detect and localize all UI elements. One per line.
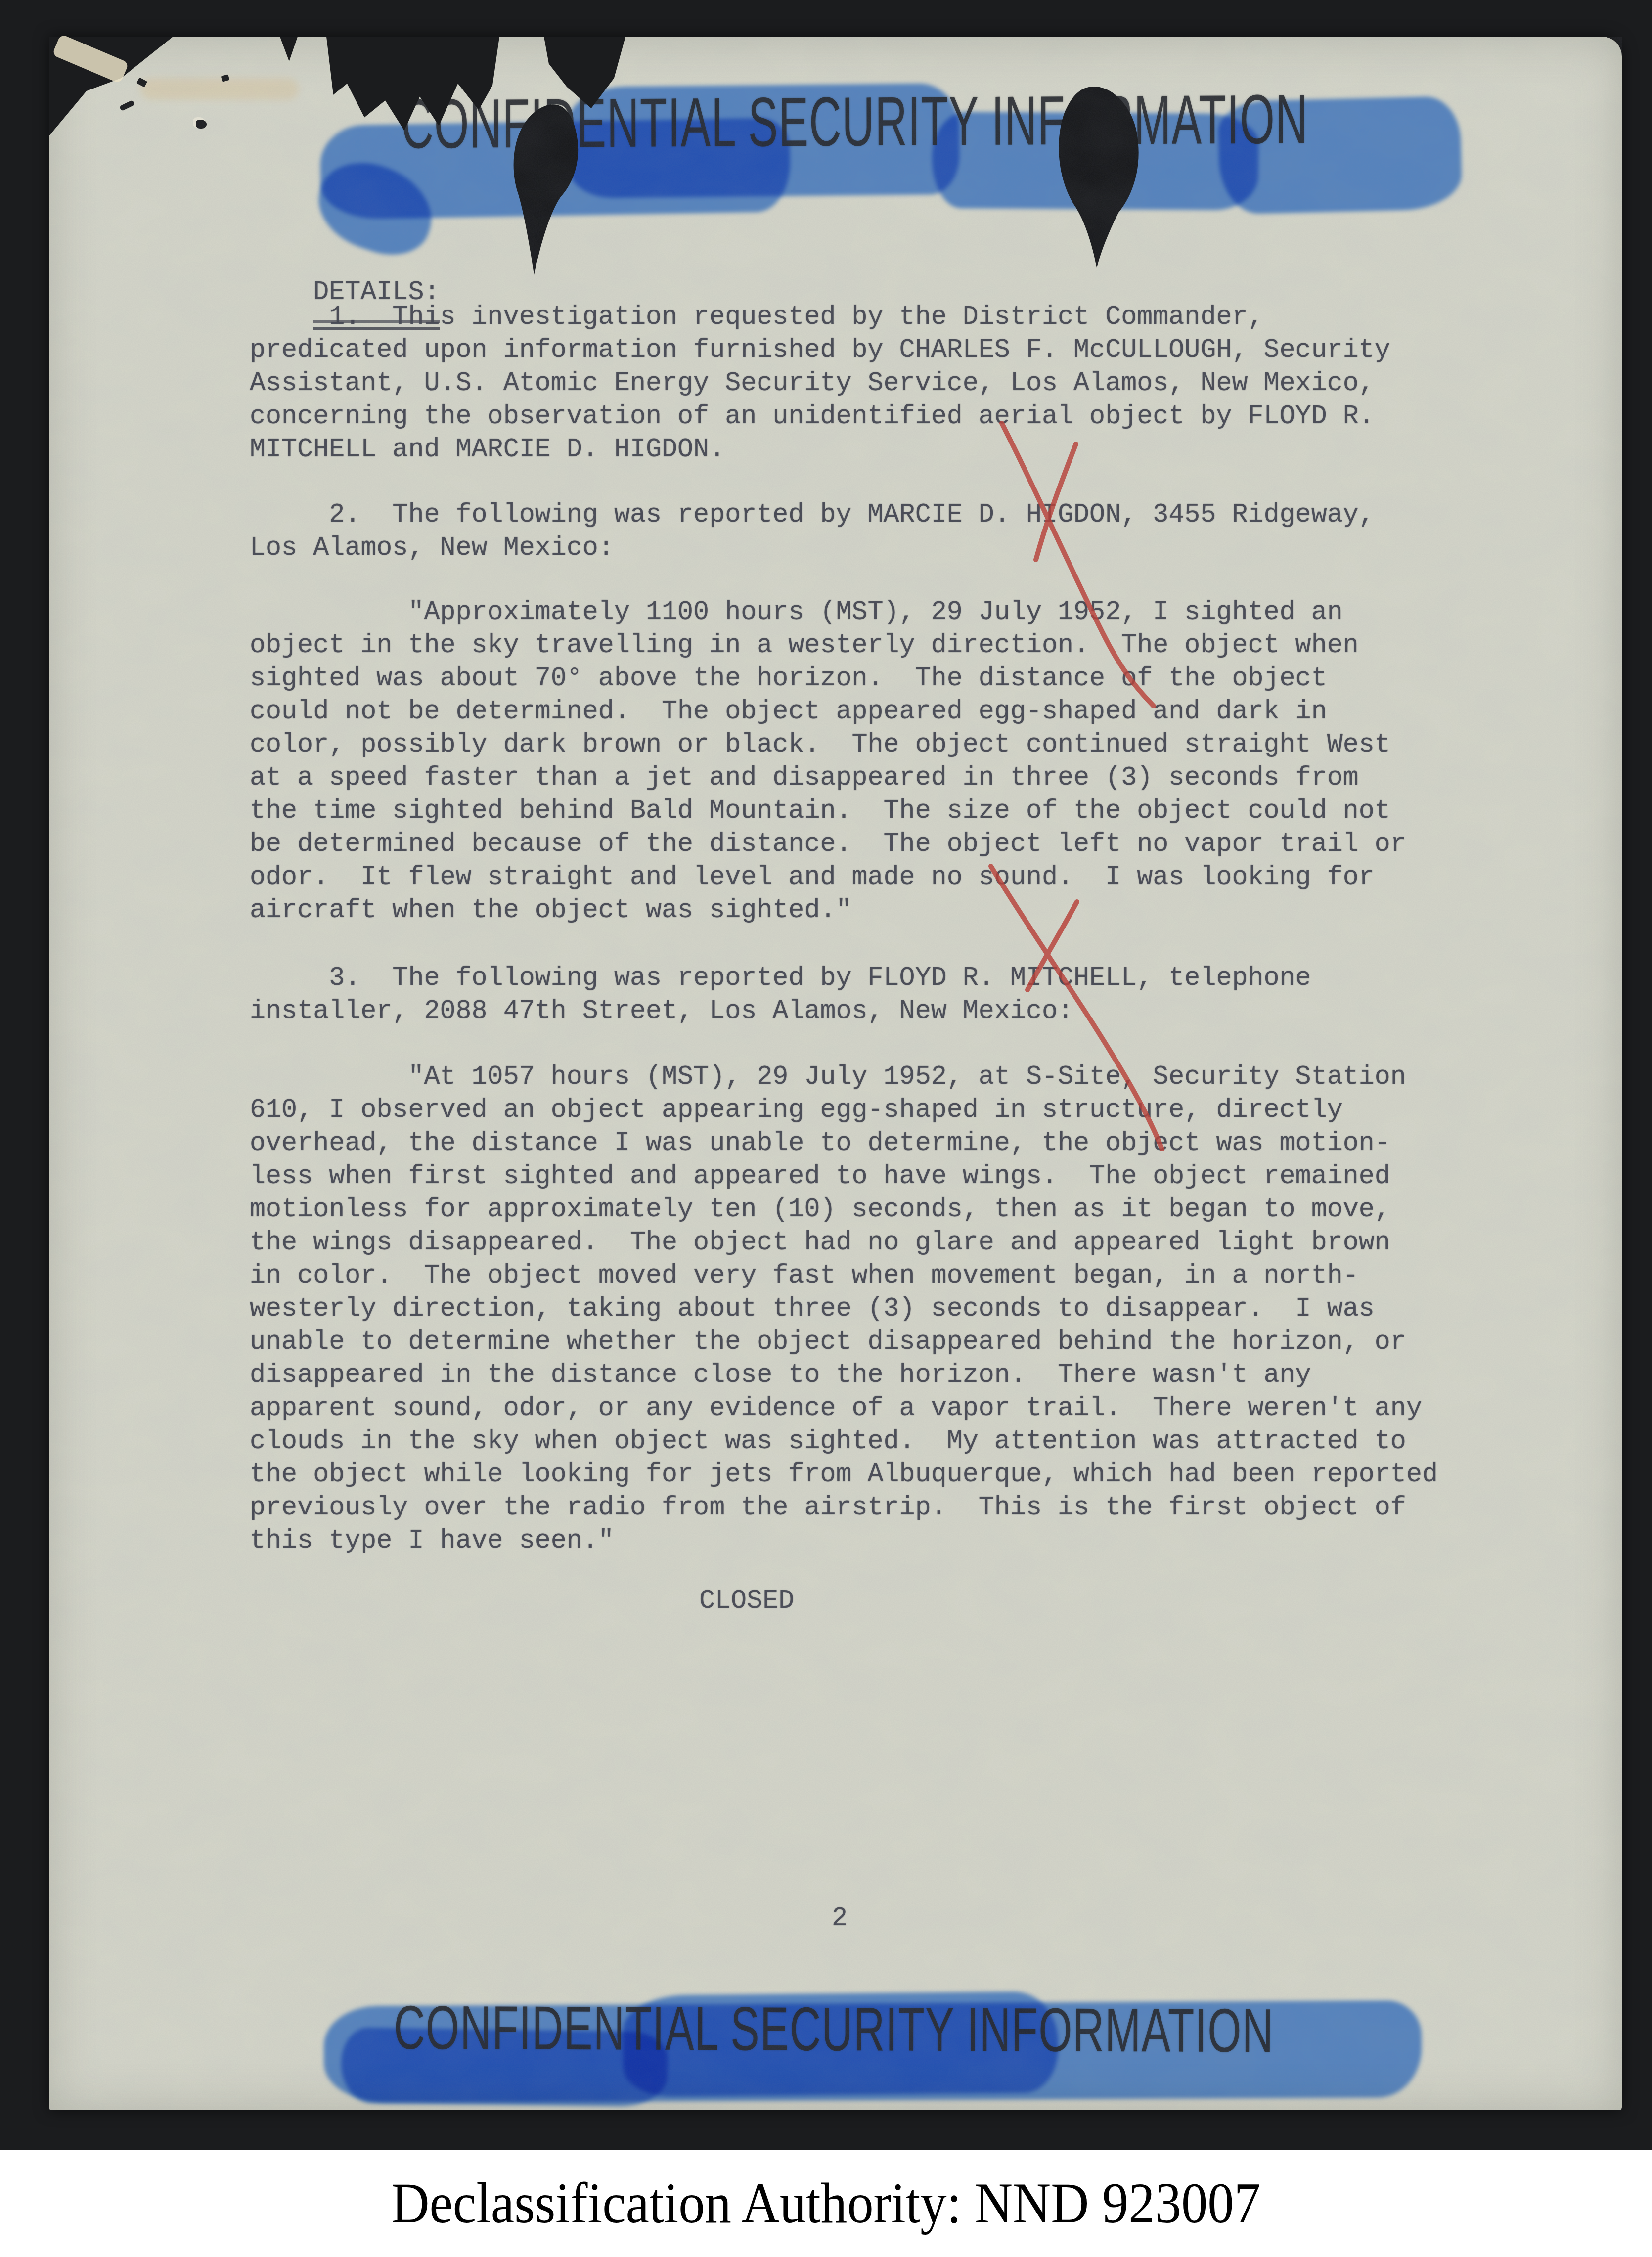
- classification-stamp-text: CONFIDENTIAL SECURITY INFORMATION: [394, 1997, 1274, 2062]
- paragraph-2: 2. The following was reported by MARCIE …: [250, 499, 1375, 565]
- declassification-text: Declassification Authority: NND 923007: [392, 2171, 1261, 2237]
- witness-statement-mitchell: "At 1057 hours (MST), 29 July 1952, at S…: [250, 1061, 1438, 1558]
- paper-hole: [196, 120, 207, 129]
- witness-statement-higdon: "Approximately 1100 hours (MST), 29 July…: [250, 596, 1406, 928]
- classification-stamp-top: CONFIDENTIAL SECURITY INFORMATION: [0, 87, 1652, 155]
- closed-status: CLOSED: [699, 1585, 794, 1618]
- scanned-document-page: CONFIDENTIAL SECURITY INFORMATION CONFID…: [0, 0, 1652, 2257]
- paragraph-3: 3. The following was reported by FLOYD R…: [250, 962, 1311, 1028]
- page-number: 2: [832, 1903, 848, 1936]
- declassification-bar: Declassification Authority: NND 923007: [0, 2150, 1652, 2257]
- classification-stamp-text: CONFIDENTIAL SECURITY INFORMATION: [401, 85, 1308, 159]
- classification-stamp-bottom: CONFIDENTIAL SECURITY INFORMATION: [0, 1998, 1652, 2060]
- paragraph-1: 1. This investigation requested by the D…: [250, 301, 1390, 467]
